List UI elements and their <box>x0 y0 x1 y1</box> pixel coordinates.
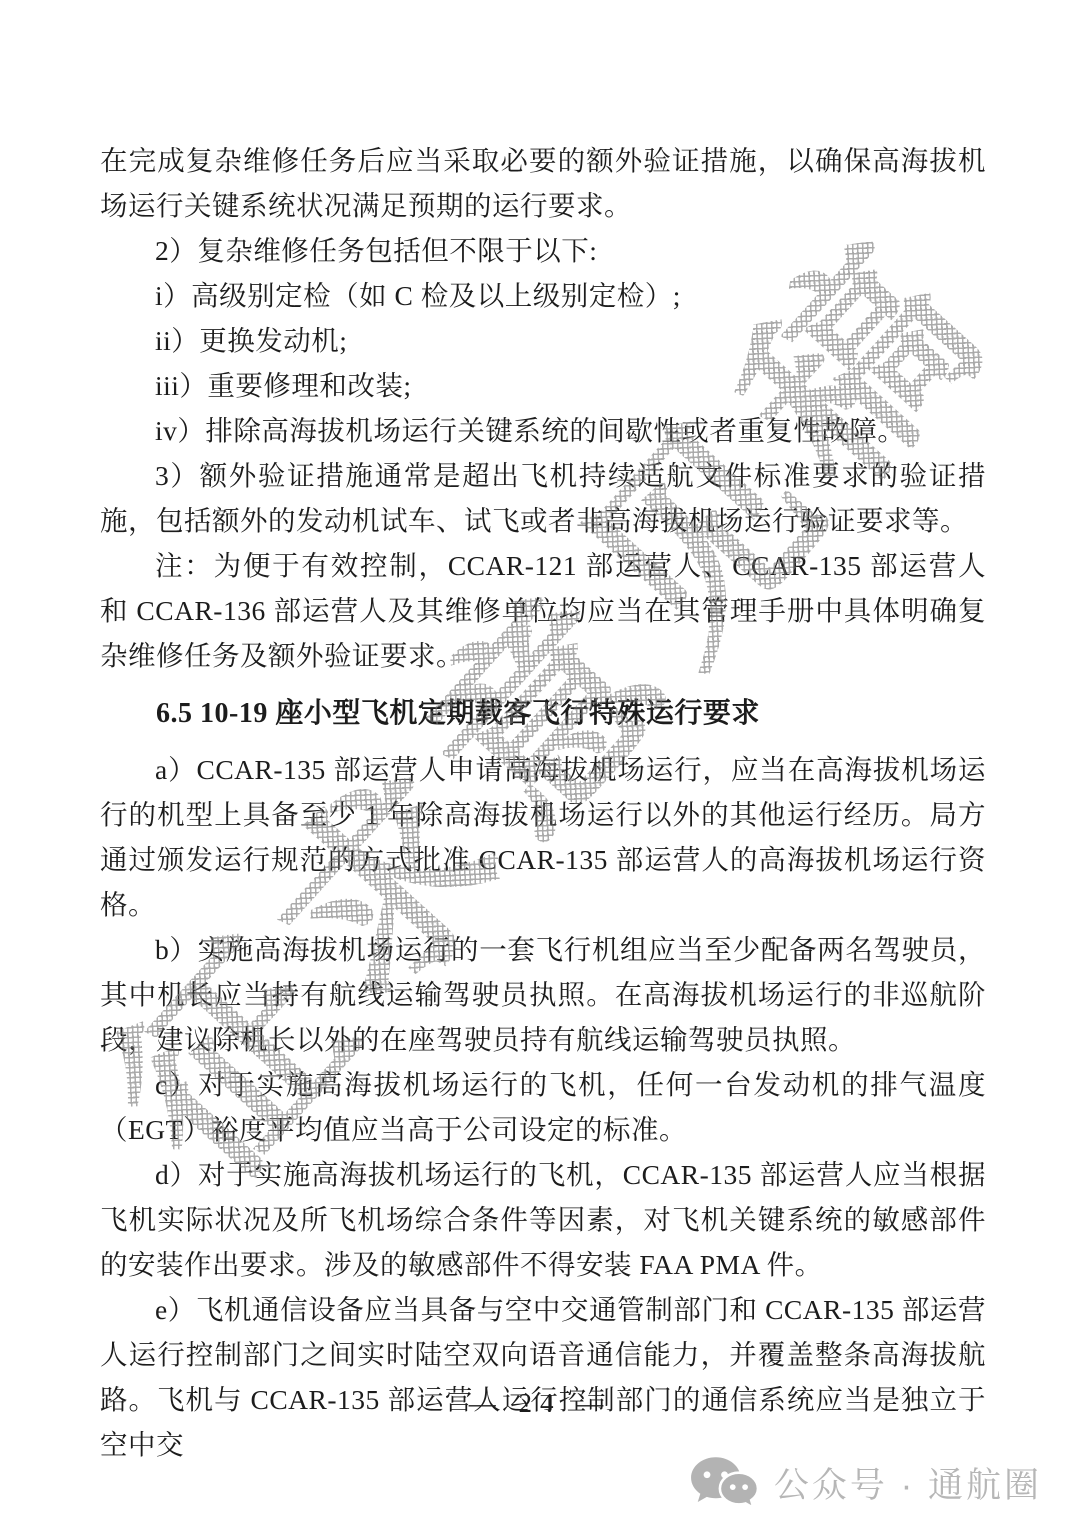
paragraph-item-c: c）对于实施高海拔机场运行的飞机，任何一台发动机的排气温度（EGT）裕度平均值应… <box>100 1062 986 1152</box>
paragraph-item-a: a）CCAR-135 部运营人申请高海拔机场运行，应当在高海拔机场运行的机型上具… <box>100 747 986 927</box>
paragraph-note: 注：为便于有效控制，CCAR-121 部运营人、CCAR-135 部运营人和 C… <box>100 543 986 678</box>
document-page: 征求意见稿 在完成复杂维修任务后应当采取必要的额外验证措施，以确保高海拔机场运行… <box>0 0 1080 1527</box>
footer-brand-label: 公众号 · 通航圈 <box>774 1458 1042 1508</box>
list-item-i: i）高级别定检（如 C 检及以上级别定检）; <box>100 273 986 318</box>
paragraph-extra-validation: 3）额外验证措施通常是超出飞机持续适航文件标准要求的验证措施，包括额外的发动机试… <box>100 453 986 543</box>
section-heading-6-5: 6.5 10-19 座小型飞机定期载客飞行特殊运行要求 <box>100 691 986 736</box>
footer-brand: 公众号 · 通航圈 <box>689 1455 1042 1511</box>
paragraph-item-d: d）对于实施高海拔机场运行的飞机，CCAR-135 部运营人应当根据飞机实际状况… <box>100 1152 986 1287</box>
wechat-icon <box>689 1455 759 1511</box>
list-item-iv: iv）排除高海拔机场运行关键系统的间歇性或者重复性故障。 <box>100 408 986 453</box>
paragraph-item-b: b）实施高海拔机场运行的一套飞行机组应当至少配备两名驾驶员，其中机长应当持有航线… <box>100 927 986 1062</box>
paragraph-item-e: e）飞机通信设备应当具备与空中交通管制部门和 CCAR-135 部运营人运行控制… <box>100 1287 986 1467</box>
paragraph-complex-maintenance-intro: 2）复杂维修任务包括但不限于以下: <box>100 228 986 273</box>
document-body: 在完成复杂维修任务后应当采取必要的额外验证措施，以确保高海拔机场运行关键系统状况… <box>100 138 986 1467</box>
list-item-iii: iii）重要修理和改装; <box>100 363 986 408</box>
list-item-ii: ii）更换发动机; <box>100 318 986 363</box>
page-number: — 24 — <box>0 1388 1080 1419</box>
paragraph-continuation: 在完成复杂维修任务后应当采取必要的额外验证措施，以确保高海拔机场运行关键系统状况… <box>100 138 986 228</box>
